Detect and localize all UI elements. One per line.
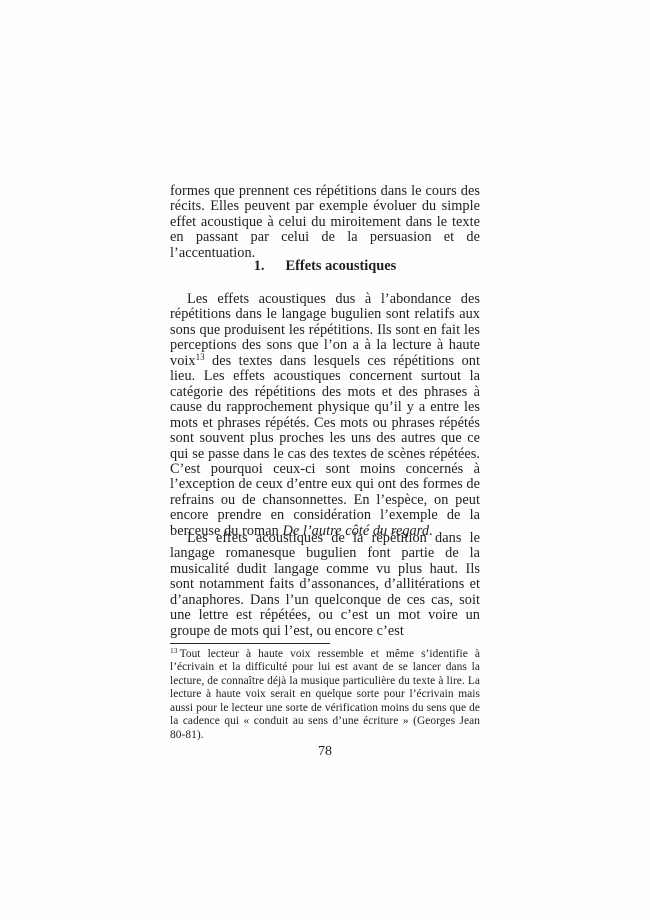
paragraph-continuation: formes que prennent ces répétitions dans… — [170, 184, 480, 261]
text-block: formes que prennent ces répétitions dans… — [170, 0, 480, 920]
para2-text-continued: des textes dans lesquels ces répétitions… — [170, 353, 480, 539]
footnote: 13Tout lecteur à haute voix ressemble et… — [170, 648, 480, 742]
section-title: Effets acoustiques — [286, 259, 397, 275]
footnote-text: Tout lecteur à haute voix ressemble et m… — [170, 648, 480, 741]
section-number: 1. — [254, 259, 265, 275]
paragraph-musicality: Les effets acoustiques de la répétition … — [170, 531, 480, 639]
paragraph-acoustic-effects: Les effets acoustiques dus à l’abondance… — [170, 292, 480, 539]
page-number: 78 — [170, 744, 480, 759]
footnote-separator-rule — [170, 643, 330, 644]
footnote-marker: 13 — [170, 646, 180, 655]
section-heading: 1. Effets acoustiques — [170, 259, 480, 275]
footnote-reference: 13 — [196, 352, 205, 362]
document-page: formes que prennent ces répétitions dans… — [0, 0, 650, 920]
